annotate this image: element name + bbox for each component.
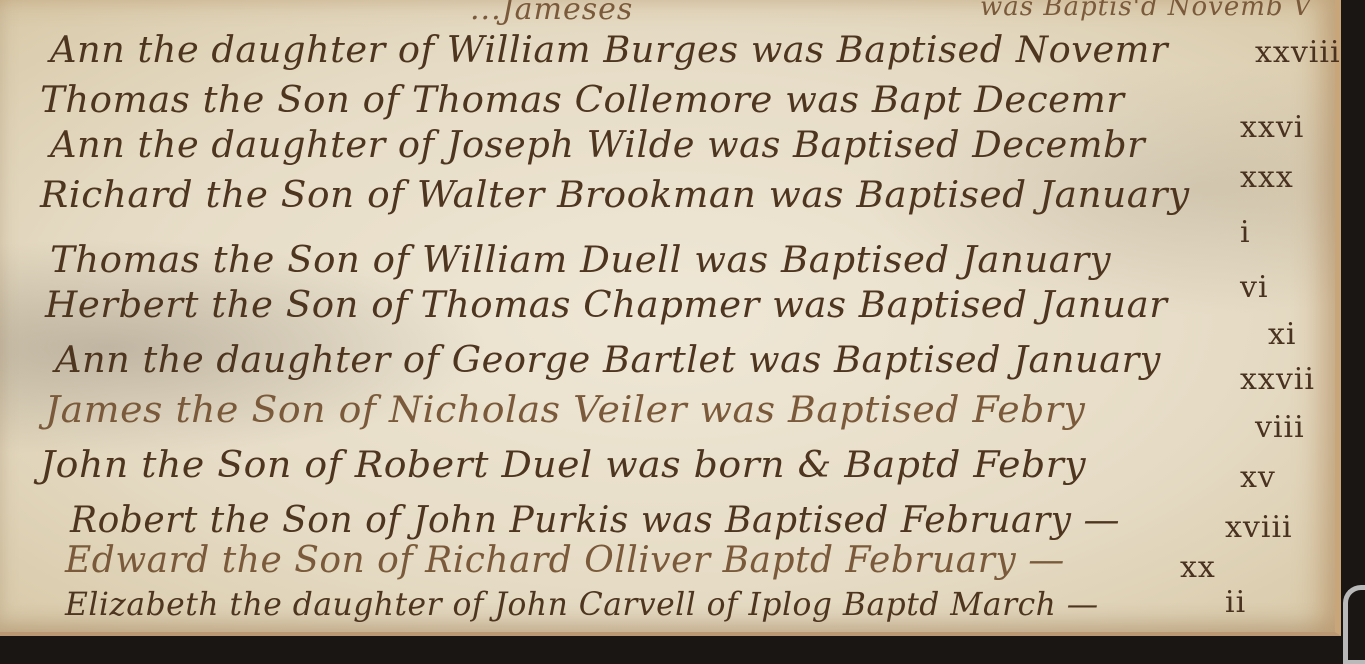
register-entry: Edward the Son of Richard Olliver Baptd …: [0, 540, 1335, 580]
entry-day-numeral: xv: [1240, 460, 1276, 495]
register-entry: Ann the daughter of Joseph Wilde was Bap…: [0, 125, 1335, 165]
entry-text: Herbert the Son of Thomas Chapmer was Ba…: [45, 285, 1167, 326]
register-entry: Ann the daughter of William Burges was B…: [0, 30, 1335, 70]
entry-text: James the Son of Nicholas Veiler was Bap…: [45, 390, 1085, 431]
register-entry: Robert the Son of John Purkis was Baptis…: [0, 500, 1335, 540]
entry-text: Edward the Son of Richard Olliver Baptd …: [65, 540, 1065, 581]
entry-text: Ann the daughter of Joseph Wilde was Bap…: [50, 125, 1145, 166]
register-entry: Thomas the Son of William Duell was Bapt…: [0, 240, 1335, 280]
register-entry: Richard the Son of Walter Brookman was B…: [0, 175, 1335, 215]
entry-day-numeral: xxviii: [1255, 35, 1341, 70]
entry-text: Ann the daughter of George Bartlet was B…: [55, 340, 1161, 381]
entry-text: Robert the Son of John Purkis was Baptis…: [70, 500, 1120, 541]
register-entry: James the Son of Nicholas Veiler was Bap…: [0, 390, 1335, 430]
header-fragment-right: was Baptis'd Novemb V: [980, 0, 1313, 22]
entry-day-numeral: ii: [1225, 585, 1246, 620]
header-fragment-left: ...Jameses: [470, 0, 633, 27]
entry-text: Elizabeth the daughter of John Carvell o…: [65, 585, 1099, 623]
register-entry: John the Son of Robert Duel was born & B…: [0, 445, 1335, 485]
entry-text: Thomas the Son of Thomas Collemore was B…: [40, 80, 1125, 121]
entry-day-numeral: xx: [1180, 550, 1216, 585]
register-entry: Thomas the Son of Thomas Collemore was B…: [0, 80, 1335, 120]
manuscript-page: ...Jameses was Baptis'd Novemb V Ann the…: [0, 0, 1341, 636]
entry-day-numeral: viii: [1255, 410, 1305, 445]
entry-text: John the Son of Robert Duel was born & B…: [40, 445, 1086, 486]
register-entry: Elizabeth the daughter of John Carvell o…: [0, 585, 1335, 625]
register-entry: Ann the daughter of George Bartlet was B…: [0, 340, 1335, 380]
entry-text: Ann the daughter of William Burges was B…: [50, 30, 1168, 71]
entry-text: Richard the Son of Walter Brookman was B…: [40, 175, 1190, 216]
register-entry: Herbert the Son of Thomas Chapmer was Ba…: [0, 285, 1335, 325]
entry-text: Thomas the Son of William Duell was Bapt…: [50, 240, 1111, 281]
display-clip: [1343, 585, 1365, 664]
